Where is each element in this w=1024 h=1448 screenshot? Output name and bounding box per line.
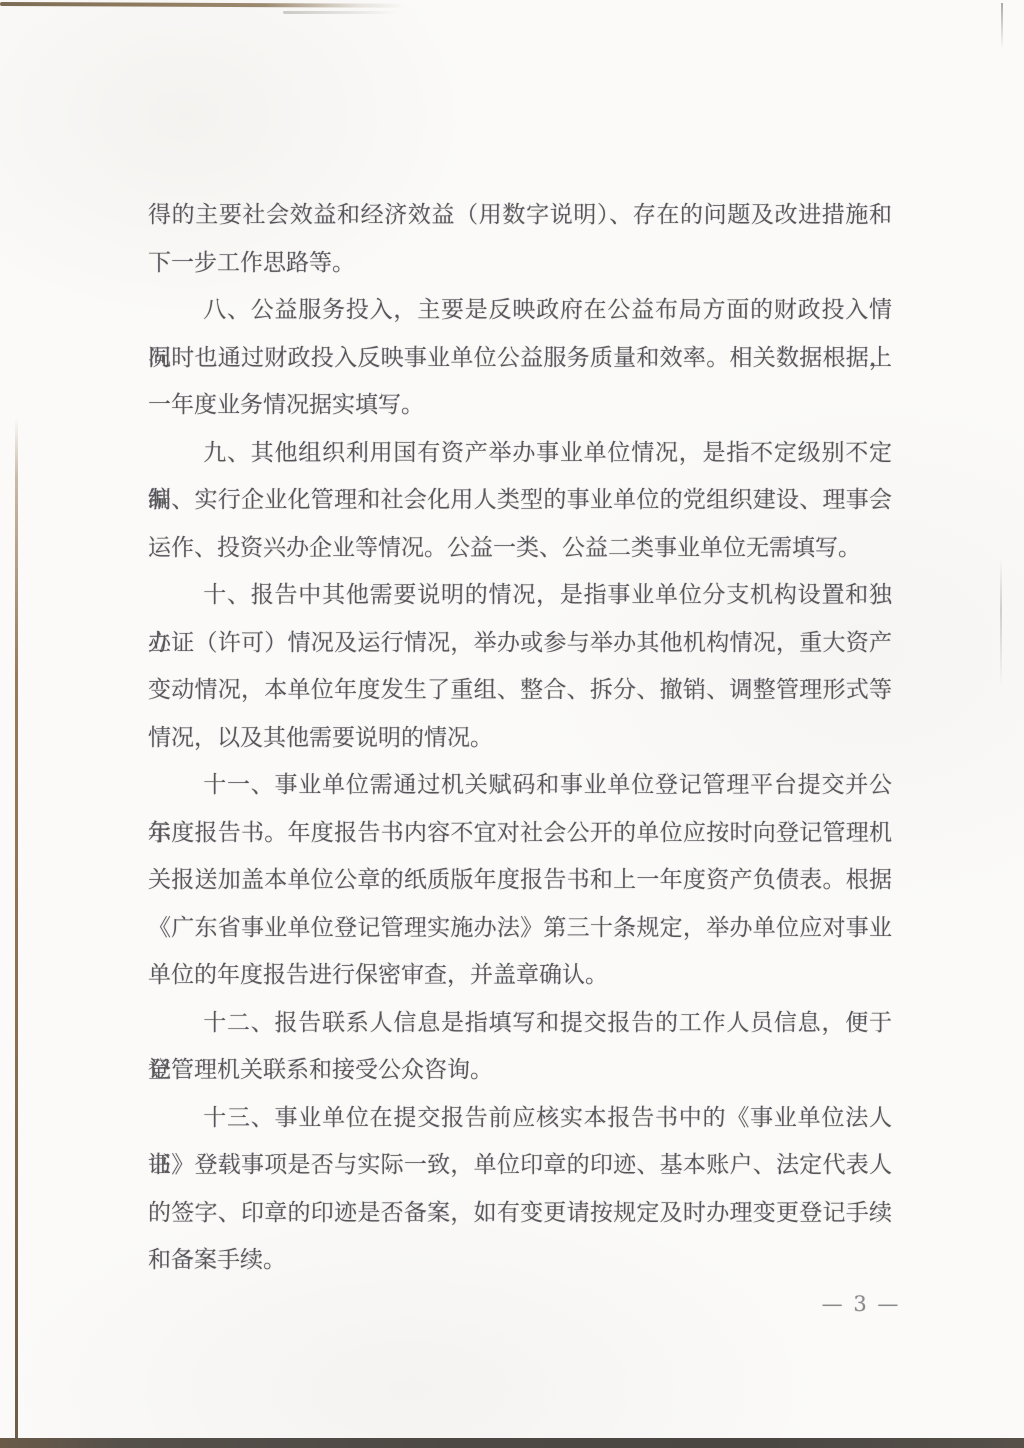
text-line: 制、实行企业化管理和社会化用人类型的事业单位的党组织建设、理事会 [148, 477, 892, 525]
page-number: — 3 — [806, 1292, 916, 1316]
text-line: 十三、事业单位在提交报告前应核实本报告书中的《事业单位法人证 [148, 1095, 892, 1143]
text-line: 同时也通过财政投入反映事业单位公益服务质量和效率。相关数据根据上 [148, 335, 892, 383]
text-line: 得的主要社会效益和经济效益（用数字说明）、存在的问题及改进措施和 [148, 192, 892, 240]
text-line: 情况，以及其他需要说明的情况。 [148, 715, 892, 763]
text-line: 记管理机关联系和接受公众咨询。 [148, 1047, 892, 1095]
text-line: 八、公益服务投入，主要是反映政府在公益布局方面的财政投入情况， [148, 287, 892, 335]
top-edge-scan-artifact-faint [283, 11, 398, 14]
text-line: 《广东省事业单位登记管理实施办法》第三十条规定，举办单位应对事业 [148, 905, 892, 953]
top-edge-scan-artifact [0, 2, 405, 8]
text-line: 关报送加盖本单位公章的纸质版年度报告书和上一年度资产负债表。根据 [148, 857, 892, 905]
text-line: 和备案手续。 [148, 1237, 892, 1285]
text-line: 年度报告书。年度报告书内容不宜对社会公开的单位应按时向登记管理机 [148, 810, 892, 858]
bottom-edge-scan-artifact [0, 1438, 1024, 1448]
text-line: 书》登载事项是否与实际一致，单位印章的印迹、基本账户、法定代表人 [148, 1142, 892, 1190]
text-line: 运作、投资兴办企业等情况。公益一类、公益二类事业单位无需填写。 [148, 525, 892, 573]
left-edge-scan-artifact [15, 418, 18, 1448]
text-line: 十、报告中其他需要说明的情况，是指事业单位分支机构设置和独立 [148, 572, 892, 620]
text-line: 单位的年度报告进行保密审查，并盖章确认。 [148, 952, 892, 1000]
text-line: 的签字、印章的印迹是否备案，如有变更请按规定及时办理变更登记手续 [148, 1190, 892, 1238]
text-line: 办证（许可）情况及运行情况，举办或参与举办其他机构情况，重大资产 [148, 620, 892, 668]
right-edge-scan-artifact-middle [1000, 558, 1002, 688]
document-body: 得的主要社会效益和经济效益（用数字说明）、存在的问题及改进措施和 下一步工作思路… [148, 192, 892, 1285]
right-edge-scan-artifact-upper [1001, 3, 1003, 49]
text-line: 一年度业务情况据实填写。 [148, 382, 892, 430]
text-line: 十二、报告联系人信息是指填写和提交报告的工作人员信息，便于登 [148, 1000, 892, 1048]
text-line: 下一步工作思路等。 [148, 240, 892, 288]
text-line: 十一、事业单位需通过机关赋码和事业单位登记管理平台提交并公示 [148, 762, 892, 810]
text-line: 变动情况，本单位年度发生了重组、整合、拆分、撤销、调整管理形式等 [148, 667, 892, 715]
text-line: 九、其他组织利用国有资产举办事业单位情况，是指不定级别不定编 [148, 430, 892, 478]
